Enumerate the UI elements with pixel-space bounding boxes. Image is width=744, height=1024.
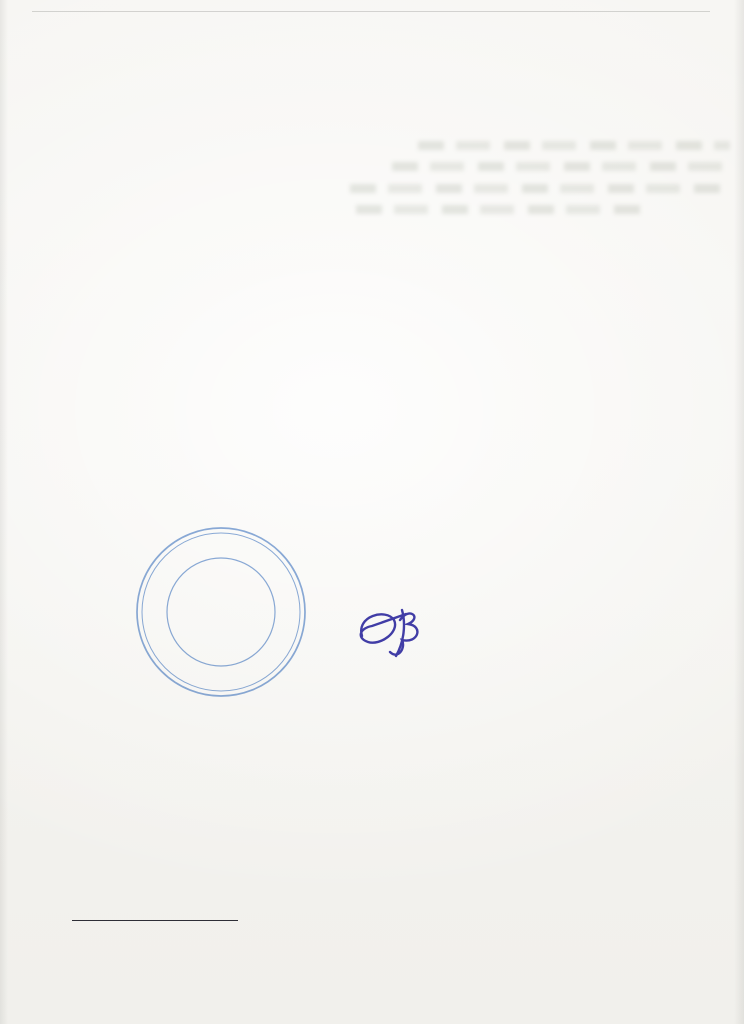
paper-left-edge-shading bbox=[0, 0, 8, 1024]
bleed-through-line bbox=[392, 162, 732, 171]
bleed-through-line bbox=[350, 184, 732, 193]
scanned-order-page bbox=[0, 0, 744, 1024]
director-sign-row bbox=[68, 608, 676, 668]
date-day-blank bbox=[72, 920, 114, 921]
date-month-blank bbox=[114, 920, 238, 921]
director-signature bbox=[346, 594, 442, 676]
document-body bbox=[68, 54, 676, 84]
date-line bbox=[72, 905, 238, 926]
bleed-through-line bbox=[356, 205, 642, 214]
bleed-through-line bbox=[418, 141, 730, 150]
